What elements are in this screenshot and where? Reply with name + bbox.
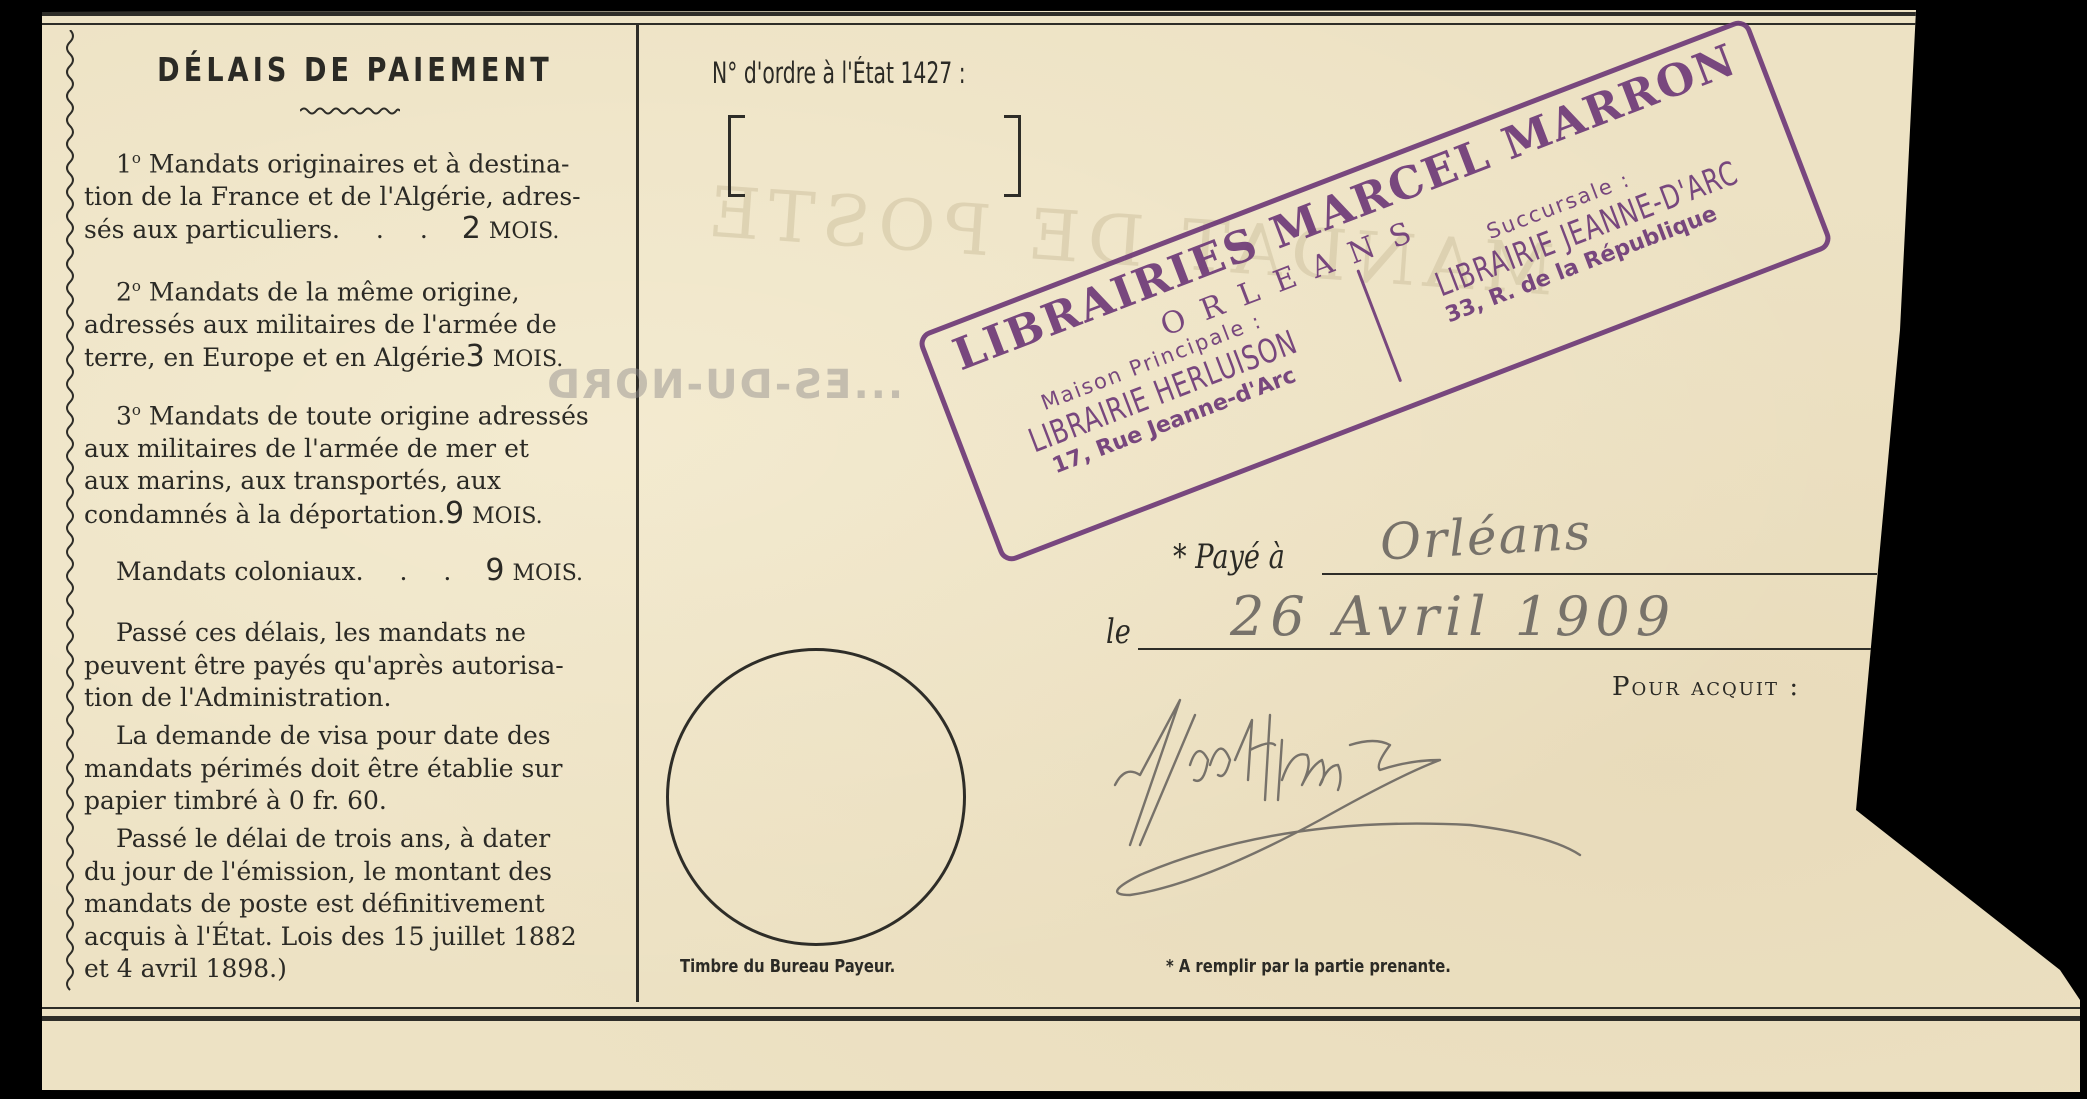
delay-unit: MOIS. [512, 561, 583, 586]
note-text: Passé le délai de trois ans, à dater [84, 823, 624, 856]
date-field[interactable]: 26 Avril 1909 [1230, 585, 1676, 648]
paying-office-stamp-circle [666, 648, 966, 946]
bookseller-rubber-stamp: LIBRAIRIES MARCEL MARRON ORLEANS Maison … [915, 17, 1834, 566]
wavy-border-ornament [60, 30, 80, 1000]
note-visa: La demande de visa pour date des mandats… [84, 720, 624, 818]
payee-fill-note: * A remplir par la partie prenante. [1166, 956, 1451, 977]
delay-item-1: 1o Mandats originaires et à destina- tio… [84, 142, 624, 249]
bottom-border-thin [42, 1007, 2082, 1009]
date-label: le [1106, 612, 1131, 652]
item-text: terre, en Europe et en Algérie [84, 343, 466, 372]
item-text: condamnés à la déportation. [84, 500, 445, 529]
column-divider [636, 24, 639, 1002]
top-border-thick [42, 12, 1916, 16]
bottom-border-thick [42, 1016, 2082, 1021]
top-border-thin [42, 23, 1916, 25]
delay-unit: MOIS. [472, 504, 543, 529]
delay-item-3: 3o Mandats de toute origine adressés aux… [84, 394, 624, 533]
leader-dots: . . . [356, 557, 466, 586]
delay-unit: MOIS. [493, 347, 564, 372]
note-text: du jour de l'émission, le montant des [84, 856, 624, 889]
note-text: papier timbré à 0 fr. 60. [84, 785, 624, 818]
paid-at-field[interactable]: Orléans [1379, 502, 1594, 571]
item-text: Mandats de la même origine, [149, 277, 520, 306]
item-number: 3 [116, 401, 132, 430]
item-number: 1 [116, 149, 132, 178]
item-text: Mandats de toute origine adressés [149, 401, 589, 430]
note-text: mandats périmés doit être établie sur [84, 753, 624, 786]
item-text: Mandats coloniaux [116, 557, 356, 586]
note-text: tion de l'Administration. [84, 682, 624, 715]
leader-dots: . . . [332, 215, 442, 244]
order-number-bracket-right [1004, 115, 1021, 197]
note-text: acquis à l'État. Lois des 15 juillet 188… [84, 921, 624, 954]
note-text: peuvent être payés qu'après autorisa- [84, 650, 624, 683]
money-order-coupon: MANDAT DE POSTE ...ES-DU-NORD DÉLAIS DE … [0, 0, 2087, 1099]
delay-duration: 9 [445, 496, 464, 531]
item-text: Mandats originaires et à destina- [149, 149, 570, 178]
order-number-label: N° d'ordre à l'État 1427 : [712, 56, 966, 90]
signature[interactable]: A. Marron [1020, 690, 1740, 930]
delay-unit: MOIS. [489, 219, 560, 244]
note-text: La demande de visa pour date des [84, 720, 624, 753]
date-line [1138, 648, 1874, 650]
delay-duration: 9 [485, 553, 504, 588]
order-number-field[interactable] [748, 120, 1000, 190]
note-three-years: Passé le délai de trois ans, à dater du … [84, 823, 624, 986]
note-text: mandats de poste est définitivement [84, 888, 624, 921]
paid-at-line [1322, 573, 1877, 575]
payment-delays-title: DÉLAIS DE PAIEMENT [121, 50, 588, 89]
note-expiry: Passé ces délais, les mandats ne peuvent… [84, 617, 624, 715]
delay-duration: 3 [466, 339, 485, 374]
item-text: adressés aux militaires de l'armée de [84, 309, 624, 342]
item-text: aux militaires de l'armée de mer et [84, 433, 624, 466]
item-number: 2 [116, 277, 132, 306]
delay-item-colonial: Mandats coloniaux. . .9MOIS. [84, 555, 624, 591]
delay-duration: 2 [462, 211, 481, 246]
paying-office-stamp-label: Timbre du Bureau Payeur. [680, 956, 895, 977]
delay-item-2: 2o Mandats de la même origine, adressés … [84, 270, 624, 377]
item-text: tion de la France et de l'Algérie, adres… [84, 181, 624, 214]
title-ornament [300, 104, 400, 118]
order-number-bracket-left [728, 115, 745, 197]
paid-at-label: * Payé à [1173, 537, 1285, 577]
item-text: aux marins, aux transportés, aux [84, 465, 624, 498]
note-text: Passé ces délais, les mandats ne [84, 617, 624, 650]
item-text: sés aux particuliers [84, 215, 332, 244]
note-text: et 4 avril 1898.) [84, 953, 624, 986]
